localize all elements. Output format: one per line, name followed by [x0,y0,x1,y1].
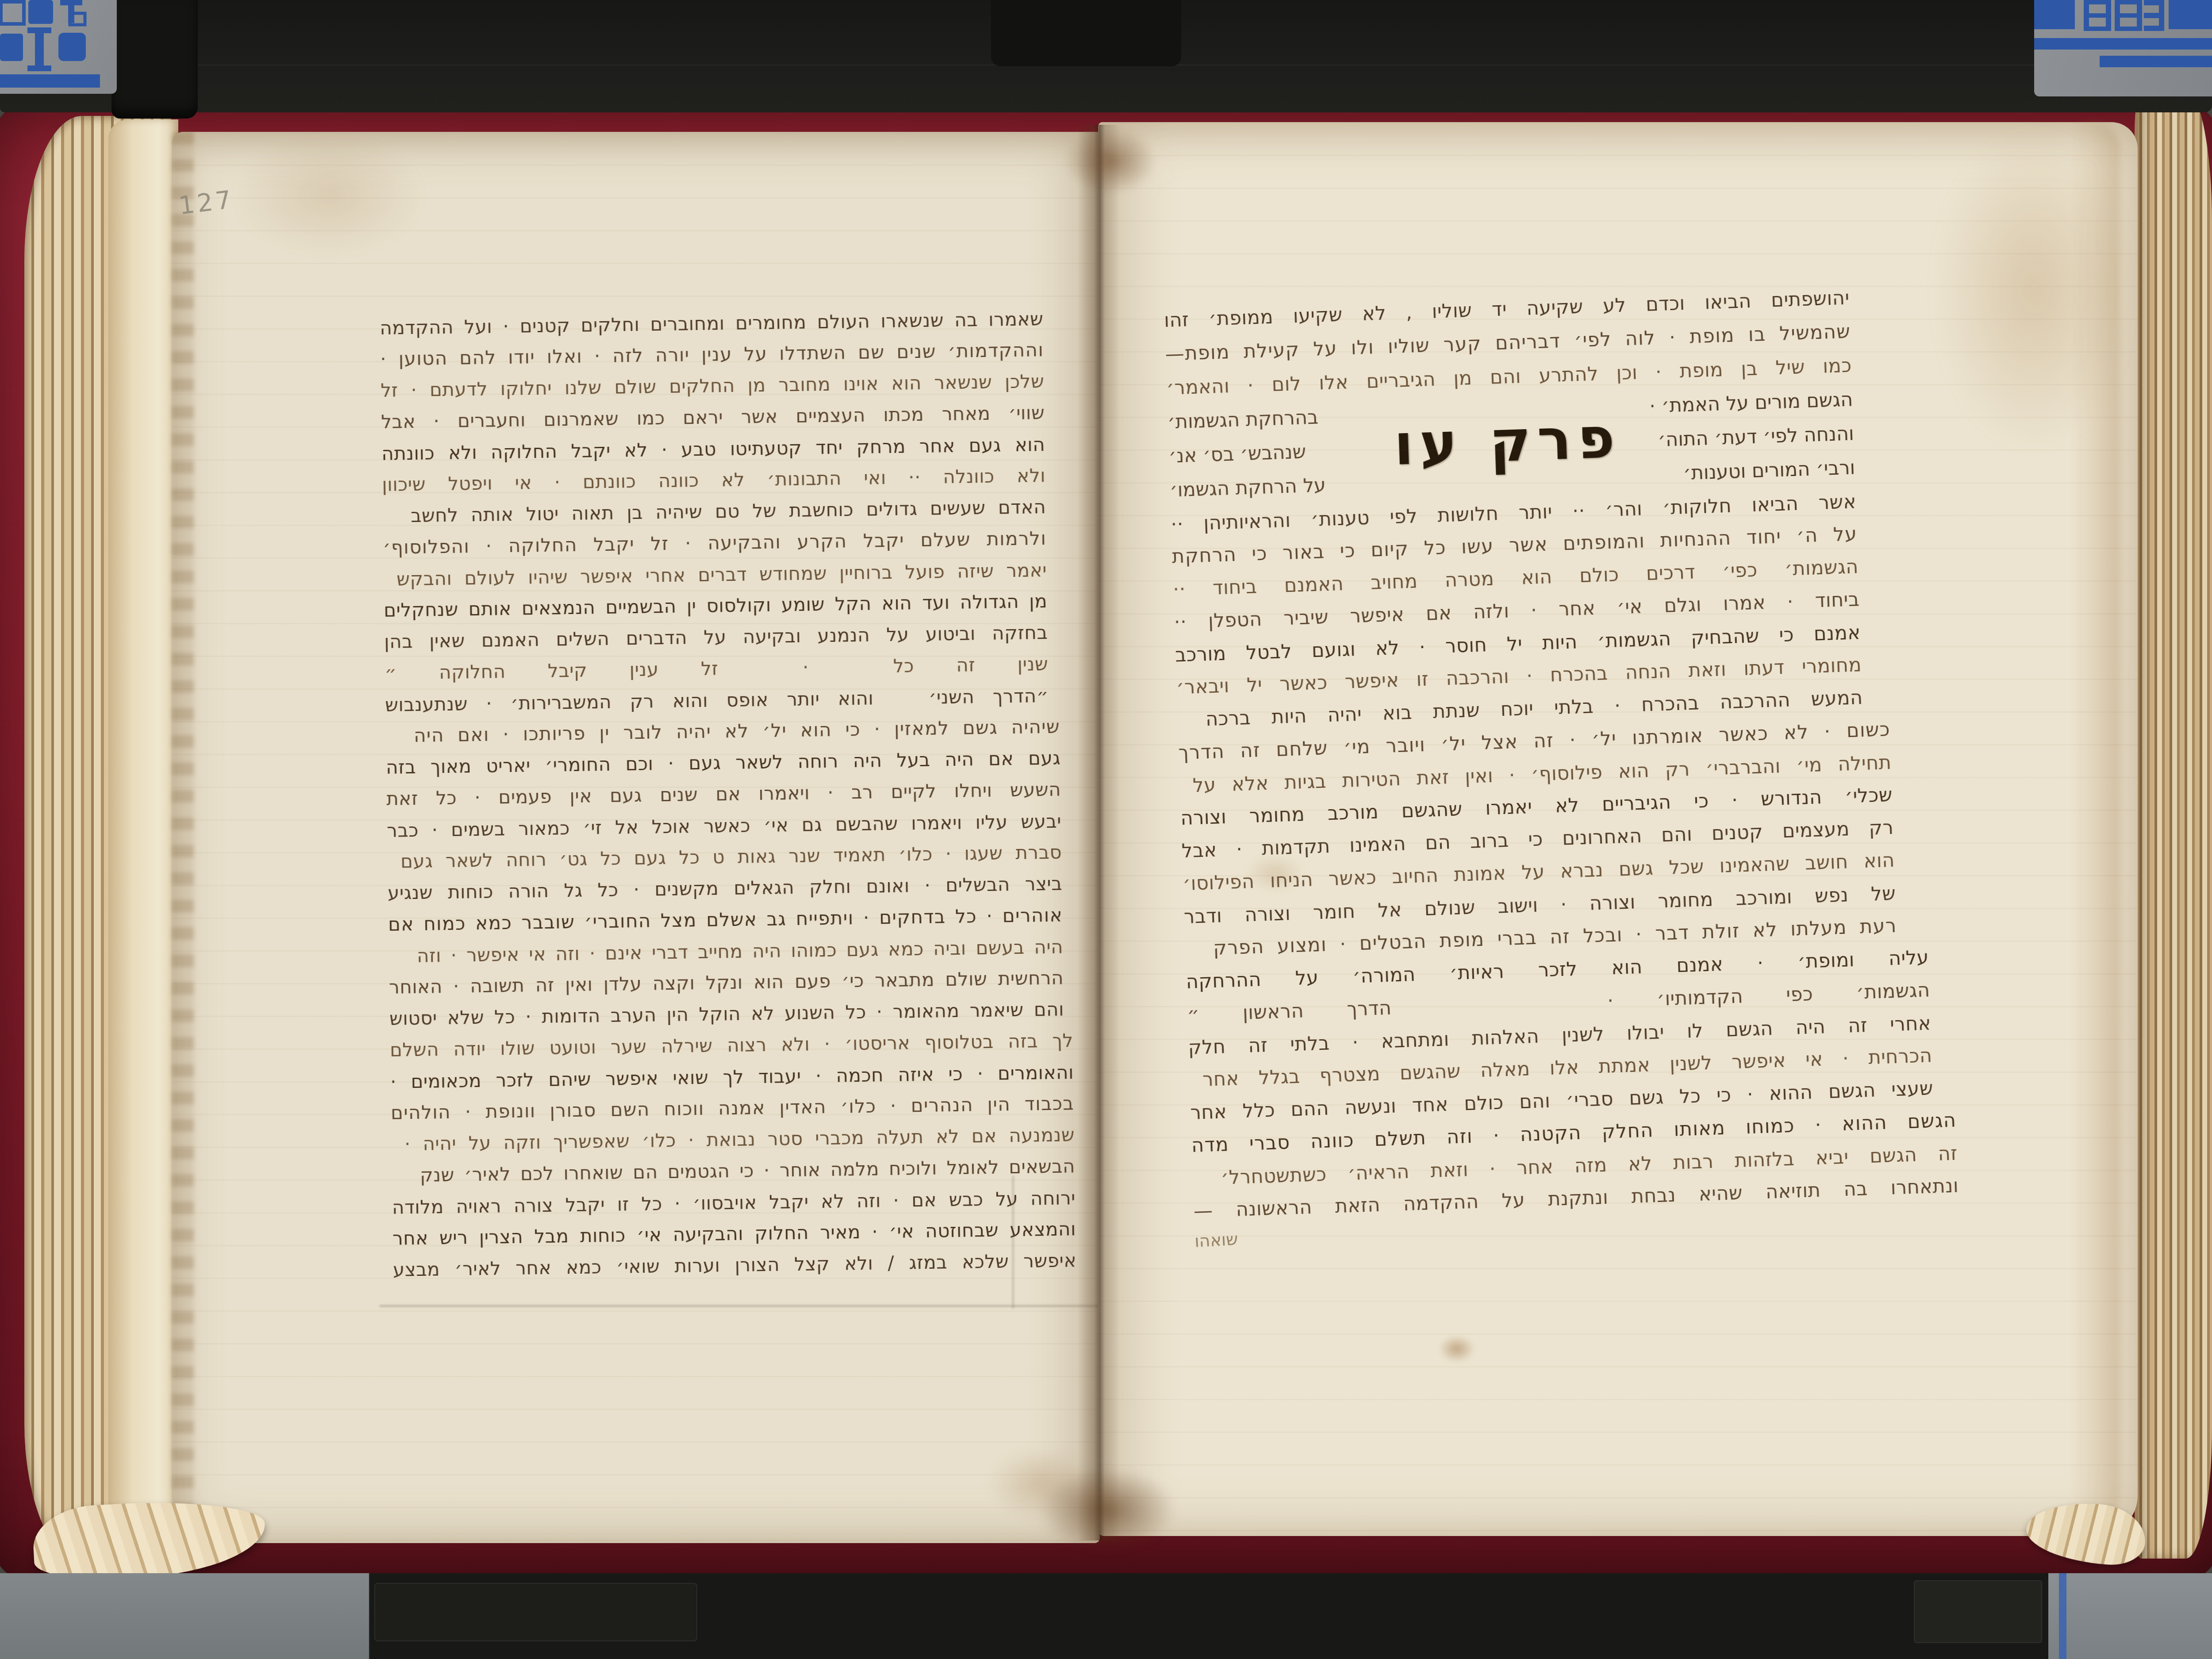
scan-bed-gray-right [2048,1573,2212,1659]
resolution-target-icon [2034,0,2212,96]
left-page-text-block: שאמרו בה שנשארו העולם מחומרים ומחוברים ו… [380,303,1057,1303]
blue-guide-line [2059,1573,2066,1659]
right-page-text-block: יהושפתים הביאו וכדם לע שקיעה יד שוליו , … [1164,281,1882,1316]
heading-side-text: והנחה לפי׳ דעת׳ התוה׳ [1657,417,1855,457]
resolution-target-icon [0,0,117,94]
left-page: 127 שאמרו בה שנשארו העולם מחומרים ומחובר… [172,132,1100,1543]
gutter-stain [1065,127,1156,194]
page-edge-smooth-left [108,119,178,1561]
manuscript-photo: 127 שאמרו בה שנשארו העולם מחומרים ומחובר… [0,0,2212,1659]
crease-line [380,1305,1105,1307]
heading-side-text: בהרחקת הגשמות׳ [1167,401,1319,440]
right-page: יהושפתים הביאו וכדם לע שקיעה יד שוליו , … [1098,122,2138,1536]
lines-below-heading: אשר הביאו חלוקות׳ והר׳ ·· יותר חלושות לפ… [1170,485,1879,1227]
edge-stain [2069,122,2120,1536]
page-edges-stack-right [2135,91,2212,1559]
chapter-heading: פרק עו [1392,392,1622,492]
foxing-stain [234,135,424,255]
heading-side-text: על הרחקת הגשמו׳ [1169,469,1326,508]
calibration-target-top-left [0,0,117,94]
scan-bed-black [369,1573,2048,1659]
cradle-clamp-icon [374,1583,697,1641]
heading-side-text: שנהבש׳ בס׳ אנ׳ [1168,435,1306,474]
ink-spot-stain [1439,1335,1475,1363]
folio-number: 127 [177,185,236,221]
cradle-clamp-icon [991,0,1181,66]
scan-bed-gray-left [0,1573,369,1659]
gutter-stain [1039,1468,1176,1552]
cradle-clamp-icon [111,0,198,119]
heading-side-text: ורבי׳ המורים וטענות׳ [1682,451,1855,491]
catchword: שואהו [1194,1229,1238,1251]
edge-stain [172,132,194,1543]
calibration-target-top-right [2034,0,2212,96]
cradle-clamp-icon [1914,1580,2042,1643]
